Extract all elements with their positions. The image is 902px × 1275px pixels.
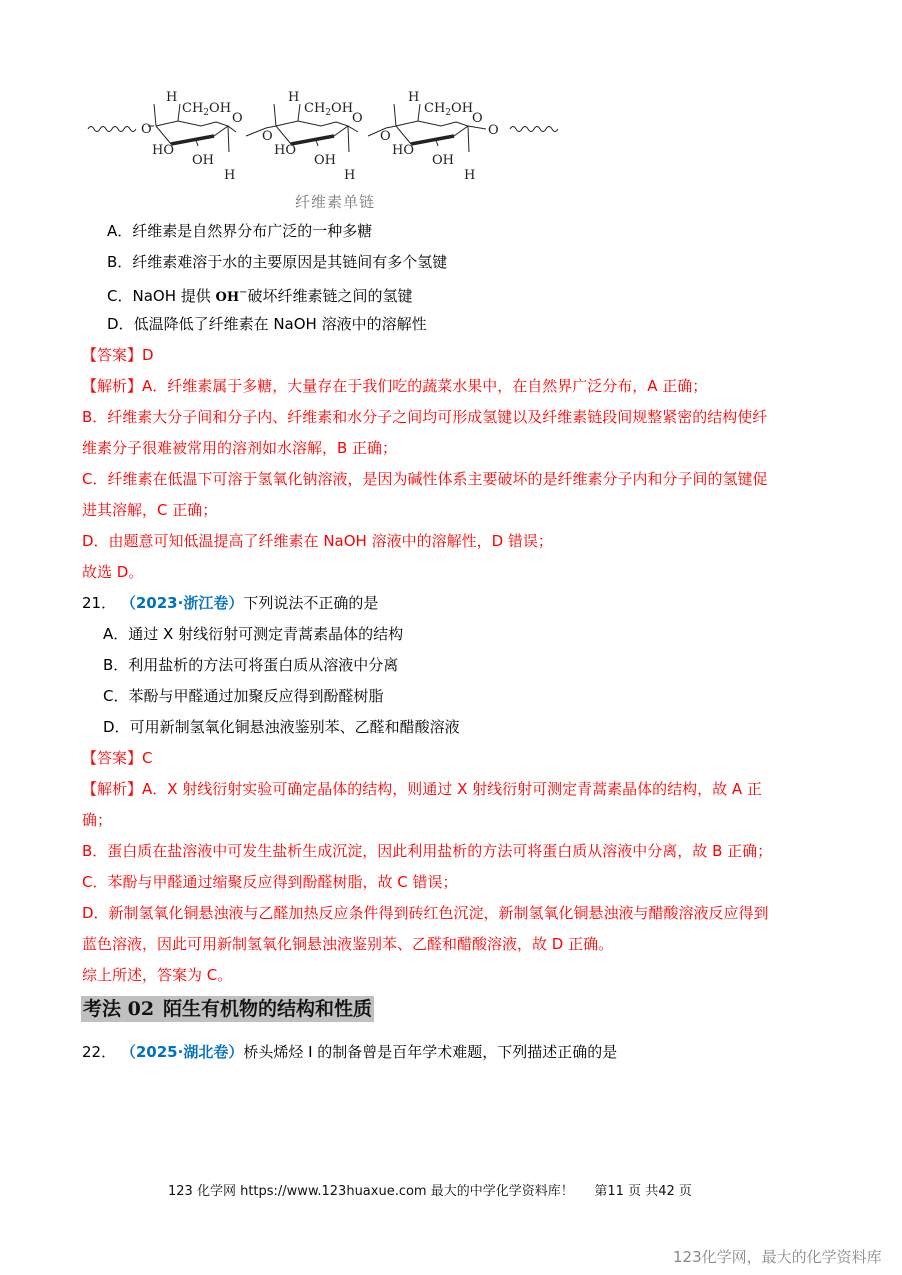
document-page: O H CH2OH O HO OH H O H CH2OH O HO OH H … bbox=[0, 0, 902, 1275]
svg-text:OH: OH bbox=[432, 153, 454, 168]
q20-analysis-line: 维素分子很难被常用的溶剂如水溶解，B 正确； bbox=[82, 438, 397, 458]
q21-analysis-line: 【解析】A．X 射线衍射实验可确定晶体的结构，则通过 X 射线衍射可测定青蒿素晶… bbox=[82, 779, 762, 799]
question-source: （2025·湖北卷） bbox=[121, 1043, 243, 1061]
q20-option-d: D．低温降低了纤维素在 NaOH 溶液中的溶解性 bbox=[107, 314, 427, 334]
svg-text:O: O bbox=[472, 111, 483, 126]
svg-text:OH: OH bbox=[192, 153, 214, 168]
q20-analysis-line: 故选 D。 bbox=[82, 562, 143, 582]
question-number: 22． bbox=[82, 1043, 116, 1061]
q21-analysis-line: 综上所述，答案为 C。 bbox=[82, 965, 232, 985]
svg-text:H: H bbox=[464, 168, 475, 183]
q20-answer: 【答案】D bbox=[82, 345, 154, 365]
q20-analysis-line: 【解析】A．纤维素属于多糖，大量存在于我们吃的蔬菜水果中，在自然界广泛分布，A … bbox=[82, 376, 707, 396]
q20-option-a: A．纤维素是自然界分布广泛的一种多糖 bbox=[107, 221, 372, 241]
o-atom: O bbox=[141, 122, 152, 137]
q20-analysis-line: D．由题意可知低温提高了纤维素在 NaOH 溶液中的溶解性，D 错误； bbox=[82, 531, 553, 551]
svg-text:CH2OH: CH2OH bbox=[424, 101, 473, 118]
q21-option-a: A．通过 X 射线衍射可测定青蒿素晶体的结构 bbox=[103, 624, 403, 644]
q21-answer: 【答案】C bbox=[82, 748, 152, 768]
page-number: 第11 页 共42 页 bbox=[594, 1184, 691, 1199]
section-heading: 考法 02陌生有机物的结构和性质 bbox=[81, 996, 374, 1022]
svg-text:H: H bbox=[224, 168, 235, 183]
svg-text:CH2OH: CH2OH bbox=[182, 101, 231, 118]
svg-text:HO: HO bbox=[152, 143, 174, 158]
q21-analysis-line: B．蛋白质在盐溶液中可发生盐析生成沉淀，因此利用盐析的方法可将蛋白质从溶液中分离… bbox=[82, 841, 772, 861]
q21-option-c: C．苯酚与甲醛通过加聚反应得到酚醛树脂 bbox=[103, 686, 384, 706]
q20-analysis-line: 进其溶解，C 正确； bbox=[82, 500, 217, 520]
svg-text:H: H bbox=[288, 90, 299, 105]
q21-stem: 21． （2023·浙江卷）下列说法不正确的是 bbox=[82, 593, 378, 613]
q20-option-b: B．纤维素难溶于水的主要原因是其链间有多个氢键 bbox=[107, 252, 447, 272]
figure-caption: 纤维素单链 bbox=[295, 191, 375, 212]
q22-stem: 22． （2025·湖北卷）桥头烯烃 I 的制备曾是百年学术难题，下列描述正确的… bbox=[82, 1042, 617, 1062]
q21-option-d: D．可用新制氢氧化铜悬浊液鉴别苯、乙醛和醋酸溶液 bbox=[103, 717, 460, 737]
q21-analysis-line: 确； bbox=[82, 810, 112, 830]
svg-text:H: H bbox=[408, 90, 419, 105]
q21-option-b: B．利用盐析的方法可将蛋白质从溶液中分离 bbox=[103, 655, 398, 675]
q20-option-c: C．NaOH 提供 OH−破坏纤维素链之间的氢键 bbox=[107, 283, 413, 308]
svg-text:O: O bbox=[262, 129, 273, 144]
q21-analysis-line: C．苯酚与甲醛通过缩聚反应得到酚醛树脂，故 C 错误； bbox=[82, 872, 458, 892]
q20-analysis-line: C．纤维素在低温下可溶于氢氧化钠溶液，是因为碱性体系主要破坏的是纤维素分子内和分… bbox=[82, 469, 767, 489]
svg-text:OH: OH bbox=[314, 153, 336, 168]
svg-text:H: H bbox=[344, 168, 355, 183]
page-footer: 123 化学网 https://www.123huaxue.com 最大的中学化… bbox=[168, 1180, 692, 1199]
svg-text:HO: HO bbox=[392, 143, 414, 158]
q20-analysis-line: B．纤维素大分子间和分子内、纤维素和水分子之间均可形成氢键以及纤维素链段间规整紧… bbox=[82, 407, 767, 427]
watermark: 123化学网，最大的化学资料库 bbox=[673, 1246, 882, 1267]
svg-text:O: O bbox=[352, 111, 363, 126]
svg-text:H: H bbox=[166, 90, 177, 105]
svg-text:O: O bbox=[488, 123, 499, 138]
svg-text:CH2OH: CH2OH bbox=[304, 101, 353, 118]
hydroxide-ion: OH bbox=[216, 290, 240, 305]
svg-text:O: O bbox=[232, 111, 243, 126]
q21-analysis-line: 蓝色溶液，因此可用新制氢氧化铜悬浊液鉴别苯、乙醛和醋酸溶液，故 D 正确。 bbox=[82, 934, 613, 954]
q21-analysis-line: D．新制氢氧化铜悬浊液与乙醛加热反应条件得到砖红色沉淀，新制氢氧化铜悬浊液与醋酸… bbox=[82, 903, 769, 923]
svg-text:HO: HO bbox=[274, 143, 296, 158]
question-source: （2023·浙江卷） bbox=[121, 594, 243, 612]
svg-text:O: O bbox=[380, 129, 391, 144]
question-number: 21． bbox=[82, 594, 116, 612]
